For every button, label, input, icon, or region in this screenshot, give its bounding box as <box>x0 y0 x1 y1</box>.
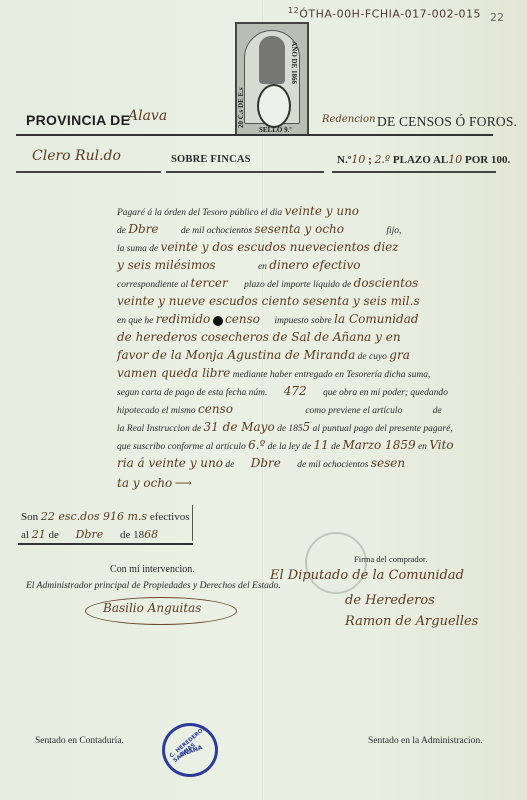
administrator-signature-text: Basilio Anguitas <box>103 601 201 615</box>
print-text: de mil ochocientos <box>181 226 252 236</box>
print-text: mediante haber entregado en Tesorería di… <box>233 370 431 380</box>
print-text: la suma de <box>117 244 158 254</box>
print-text: de cuyo <box>358 352 387 362</box>
hand-text: 31 de Mayo <box>204 420 275 434</box>
print-text: de mil ochocientos <box>297 460 368 470</box>
archive-prefix-mark: 12 <box>288 6 299 15</box>
buyer-signature-label: Firma del comprador. <box>354 554 427 564</box>
hand-text: veinte y dos escudos nuevecientos diez <box>161 240 399 254</box>
print-text: hipotecado el mismo <box>117 406 196 416</box>
hand-text: censo <box>225 312 260 326</box>
al-label: al <box>21 529 29 541</box>
blue-ink-seal: C. HEREDEROS SALINAS AÑANA <box>162 723 218 777</box>
stamp-oval <box>257 84 291 128</box>
date-line: al 21 de Dbre de 1868 <box>21 526 190 544</box>
number-label: N.º <box>337 154 351 166</box>
hand-text: sesenta y ocho <box>254 222 344 236</box>
hand-text: de herederos cosecheros de Sal de Añana … <box>117 330 401 344</box>
amount-value: 22 esc.dos 916 m.s <box>41 510 147 523</box>
print-text: fijo, <box>386 226 401 236</box>
document-title: DE CENSOS Ó FOROS. <box>377 114 517 130</box>
hand-text: tercer <box>191 276 228 290</box>
amount-box: Son 22 esc.dos 916 m.s efectivos al 21 d… <box>21 508 190 544</box>
print-text: que obra en mi poder; quedando <box>323 388 448 398</box>
efectivos-label: efectivos <box>150 511 190 523</box>
hand-text: vamen queda libre <box>117 366 230 380</box>
hand-text: 5 <box>303 420 311 434</box>
hand-text: Dbre <box>128 222 158 236</box>
administrator-title: El Administrador principal de Propiedade… <box>26 581 281 591</box>
number-plazo-line: N.º10 ; 2.º PLAZO AL10 POR 100. <box>337 153 510 166</box>
hand-text: veinte y uno <box>285 204 359 218</box>
print-text: que suscribo conforme al artículo <box>117 442 246 452</box>
archive-reference: 12ÓTHA-00H-FCHIA-017-002-015 <box>288 6 481 21</box>
print-text: de <box>331 442 340 452</box>
year-value: 68 <box>144 528 158 541</box>
province-value: Alava <box>128 108 167 124</box>
plazo-value: 2.º <box>375 153 391 166</box>
print-text: en <box>258 262 267 272</box>
hand-text: 6.º <box>248 438 265 452</box>
print-text: de <box>225 460 234 470</box>
print-text: segun carta de pago de esta fecha núm. <box>117 388 267 398</box>
hand-text: Vito <box>429 438 453 452</box>
day-value: 21 <box>32 528 46 541</box>
stamp-figure-icon <box>259 36 285 84</box>
number-value: 10 <box>351 153 365 166</box>
rule-left <box>16 171 161 173</box>
print-text: como previene el artículo <box>305 406 402 416</box>
print-text: de 185 <box>277 424 303 434</box>
hand-text: sesen <box>371 456 405 470</box>
hand-text: 11 <box>314 438 329 452</box>
stamp-value: 20 C.s DE E.s <box>237 87 245 128</box>
print-text: de <box>117 226 126 236</box>
print-text: plazo del importe líquido de <box>244 280 351 290</box>
ink-blot <box>213 316 223 326</box>
footer-contaduria: Sentado en Contaduría. <box>35 736 124 746</box>
body-line-16: ta y ocho ⟶ <box>117 472 192 496</box>
hand-text: veinte y nueve escudos ciento sesenta y … <box>117 294 420 308</box>
administrator-signature: Basilio Anguitas <box>85 593 245 629</box>
hand-text: y seis milésimos <box>117 258 216 272</box>
son-label: Son <box>21 511 38 523</box>
province-label: PROVINCIA DE <box>26 112 130 128</box>
de-label: de <box>48 529 58 541</box>
buyer-signature-line-2: de Herederos <box>345 593 435 608</box>
hand-text: 472 <box>284 384 307 398</box>
archive-reference-text: ÓTHA-00H-FCHIA-017-002-015 <box>299 8 481 21</box>
print-text: al puntual pago del presente pagaré, <box>313 424 453 434</box>
hand-text: Dbre <box>251 456 281 470</box>
print-text: en <box>418 442 427 452</box>
hand-text: dinero efectivo <box>269 258 360 272</box>
rule-middle <box>166 171 324 173</box>
redemption-handwritten: Redencion <box>322 114 375 125</box>
plazo-label: PLAZO AL <box>393 154 448 166</box>
percent-label: POR 100. <box>465 154 510 166</box>
print-text: la Real Instruccion de <box>117 424 201 434</box>
hand-text: censo <box>198 402 233 416</box>
print-text: de la ley de <box>268 442 312 452</box>
print-text: impuesto sobre <box>274 316 331 326</box>
hand-text: gra <box>389 348 410 362</box>
month-value: Dbre <box>76 528 104 541</box>
print-text: de <box>433 406 442 416</box>
footer-administracion: Sentado en la Administracion. <box>368 736 483 746</box>
hand-text: la Comunidad <box>334 312 418 326</box>
hand-text: doscientos <box>354 276 419 290</box>
hand-text: redimido <box>156 312 210 326</box>
print-text: Pagaré á la órden del Tesoro público el … <box>117 208 282 218</box>
sobre-fincas-label: SOBRE FINCAS <box>171 154 251 165</box>
hand-text: favor de la Monja Agustina de Miranda <box>117 348 355 362</box>
seal-outer-text: C. HEREDEROS SALINAS <box>169 724 213 764</box>
hand-text: ria á veinte y uno <box>117 456 223 470</box>
amount-line: Son 22 esc.dos 916 m.s efectivos <box>21 508 190 526</box>
print-text: en que he <box>117 316 153 326</box>
header-rule <box>16 134 493 136</box>
percent-value: 10 <box>448 153 462 166</box>
intervention-label: Con mi intervencion. <box>110 564 195 575</box>
revenue-stamp: 20 C.s DE E.s AÑO DE 1866 SELLO 9.º <box>235 22 309 136</box>
amount-box-rule <box>18 543 193 545</box>
hand-text: ta y ocho <box>117 476 172 490</box>
clero-handwritten: Clero Rul.do <box>32 148 121 164</box>
buyer-signature-line-1: El Diputado de la Comunidad <box>270 568 464 583</box>
rule-right <box>332 171 496 173</box>
print-text: correspondiente al <box>117 280 188 290</box>
stamp-year: AÑO DE 1866 <box>290 41 298 84</box>
stamp-seal-label: SELLO 9.º <box>259 126 292 134</box>
buyer-signature-line-3: Ramon de Arguelles <box>345 614 478 629</box>
year-label: de 18 <box>120 529 144 541</box>
hand-text: Marzo 1859 <box>343 438 416 452</box>
amount-box-bracket <box>192 505 193 541</box>
page-number: 22 <box>490 11 504 24</box>
